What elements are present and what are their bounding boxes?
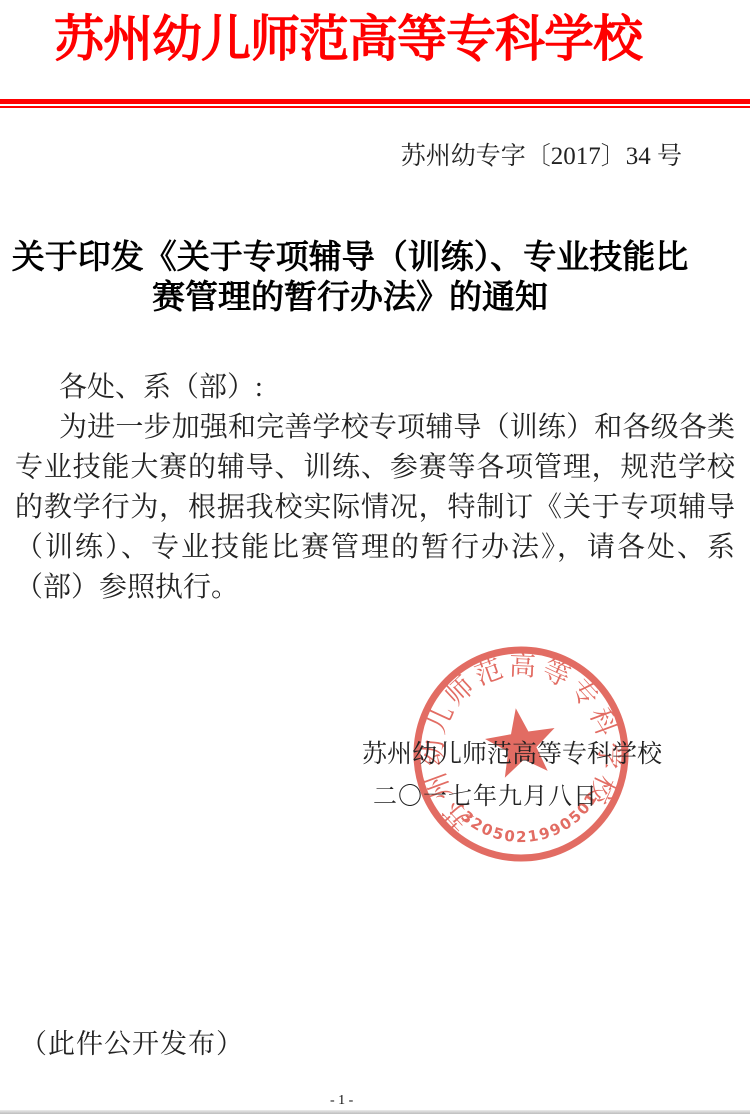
footer-note: （此件公开发布） bbox=[20, 1022, 244, 1061]
document-title: 关于印发《关于专项辅导（训练）、专业技能比 赛管理的暂行办法》的通知 bbox=[0, 238, 725, 318]
page-bottom-edge bbox=[0, 1110, 750, 1114]
salutation: 各处、系（部）: bbox=[15, 368, 735, 408]
body-paragraph: 为进一步加强和完善学校专项辅导（训练）和各级各类专业技能大赛的辅导、训练、参赛等… bbox=[15, 408, 735, 608]
page-number: - 1 - bbox=[330, 1093, 353, 1109]
document-number: 苏州幼专字〔2017〕34 号 bbox=[401, 136, 682, 172]
document-page: 苏州幼儿师范高等专科学校 苏州幼专字〔2017〕34 号 关于印发《关于专项辅导… bbox=[0, 0, 750, 1114]
letterhead-divider bbox=[0, 99, 750, 108]
signature-date: 二〇一七年九月八日 bbox=[373, 776, 598, 811]
divider-thin-line bbox=[0, 106, 750, 108]
signature-org: 苏州幼儿师范高等专科学校 bbox=[362, 734, 662, 770]
document-body: 各处、系（部）: 为进一步加强和完善学校专项辅导（训练）和各级各类专业技能大赛的… bbox=[15, 368, 735, 608]
letterhead-school-name: 苏州幼儿师范高等专科学校 bbox=[0, 6, 723, 72]
document-title-line2: 赛管理的暂行办法》的通知 bbox=[0, 278, 725, 318]
document-title-line1: 关于印发《关于专项辅导（训练）、专业技能比 bbox=[0, 238, 725, 278]
